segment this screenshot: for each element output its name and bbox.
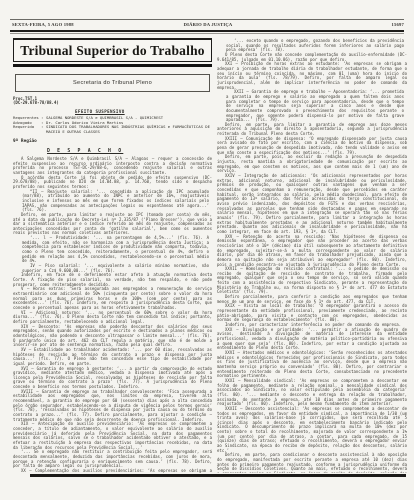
paragraph: XXI — Proibição de horas extras ao estud… (217, 62, 407, 90)
paragraph: XXIV — Integração de adicionais: ‘Os adi… (217, 174, 407, 235)
paragraph: XVIII — Garantia de emprego ao trabalhad… (13, 390, 212, 423)
running-head: SEXTA-FEIRA, 5 AGO 1988 DIÁRIO DA JUSTIÇ… (12, 22, 404, 27)
paragraph: Indefiro, em face de o deferimento estar… (13, 273, 212, 287)
bottom-rule (30, 474, 406, 477)
paragraph: XXX — Divulgação e prioridade: ‘... perm… (217, 328, 407, 351)
paragraph: XXVI — Atestados médicos e odontológicos… (217, 351, 407, 379)
paragraph: XIX — Antecipação do auxílio previdenciá… (13, 422, 212, 450)
gazette-page: SEXTA-FEIRA, 5 AGO 1988 DIÁRIO DA JUSTIÇ… (0, 0, 414, 500)
right-column: ‘... exceto quando o empregado, gozando … (217, 38, 407, 473)
paragraph: ‘... exceto quando o empregado, gozando … (217, 39, 407, 53)
paragraph: XXIII — Comunicação de dispensa: ‘O empr… (217, 137, 407, 156)
paragraph: Defiro, em parte, pois, ao excluir da re… (217, 155, 407, 174)
paragraph: XV — Estabilidade ao trabalhador acident… (13, 348, 212, 367)
paragraph: XXVII — Homologação da rescisão contratu… (217, 267, 407, 295)
paragraph: ‘... l — Produtividade: ‘... na percenta… (13, 236, 212, 264)
masthead-title: Tribunal Superior do Trabalho (20, 43, 204, 58)
process-number-block: Proc.TST.1 (DC-29.678-78/88.4) (13, 97, 212, 107)
paragraph: XXIX — Visita ao local de trabalho: ‘O e… (217, 304, 407, 323)
paragraph: XXXI — Mensalidade sindical: ‘As empresa… (217, 379, 407, 407)
left-column: Tribunal Superior do Trabalho Secretaria… (13, 38, 212, 473)
paragraph: XXXII — Desconto assistencial: ‘As empre… (217, 407, 407, 454)
paragraph: O acórdão desta Corte já foi objeto de p… (13, 176, 212, 190)
party-row: Requerida : SINDICATO DOS TRABALHADORES … (13, 125, 212, 134)
region-label: 9ª Região (13, 139, 212, 144)
case-type-label: EFEITO SUSPENSIVO (75, 109, 125, 114)
despacho-heading: D E S P A C H O (47, 149, 123, 154)
left-column-text: A Salgema Nordeste S/A e Quimbrasil S/A … (13, 157, 212, 473)
masthead-box: Tribunal Superior do Trabalho (13, 38, 212, 62)
paragraph: ‘... Se o empregado não restituir a cont… (13, 450, 212, 469)
paragraph: “II — Reajuste salarial: ‘... concedida … (13, 190, 212, 213)
process-number-line2: (DC-29.678-78/88.4) (13, 101, 212, 106)
header-rule-top (10, 19, 404, 20)
paragraph: V — Horas extras: ‘Será assegurada aos e… (13, 287, 212, 310)
paragraph: XXII — Garantia de emprego e trabalho — … (217, 90, 407, 123)
paragraph: VI — Adicional noturno: ‘... no percentu… (13, 311, 212, 325)
section-title: Secretaria do Tribunal Pleno (73, 80, 152, 86)
section-box: Secretaria do Tribunal Pleno (15, 74, 210, 92)
paragraph: Defiro, em parte, para limitar o reajust… (13, 213, 212, 236)
paragraph: Defiro, em parte, para condicionar o des… (217, 453, 407, 473)
paragraph: XXV — Retenção do acerto na rescisão: ‘N… (217, 235, 407, 268)
header-journal-title: DIÁRIO DA JUSTIÇA (12, 22, 404, 27)
header-page-number: 15697 (392, 22, 404, 27)
paragraph: XIV — Desconto: ‘As empresas não poderão… (13, 325, 212, 348)
paragraph: Defiro, em parte, para limitar a garanti… (217, 123, 407, 137)
party-label: Requerida (13, 125, 41, 134)
paragraph: A Salgema Nordeste S/A e Quimbrasil S/A … (13, 157, 212, 176)
parties-block: Requerentes : SALGEMA NORDESTE S/A e QUI… (13, 116, 212, 134)
header-rule-thin (10, 33, 404, 34)
party-value: SINDICATO DOS TRABALHADORES NAS INDÚSTRI… (46, 125, 212, 134)
paragraph: XVI — Garantia de emprego à gestante: ‘.… (13, 367, 212, 390)
right-column-text: ‘... exceto quando o empregado, gozando … (217, 39, 407, 473)
paragraph: XX — Complementação dos auxílios previde… (13, 469, 212, 473)
masthead-bottom-bar (13, 64, 212, 68)
header-rule-thick (10, 30, 404, 32)
